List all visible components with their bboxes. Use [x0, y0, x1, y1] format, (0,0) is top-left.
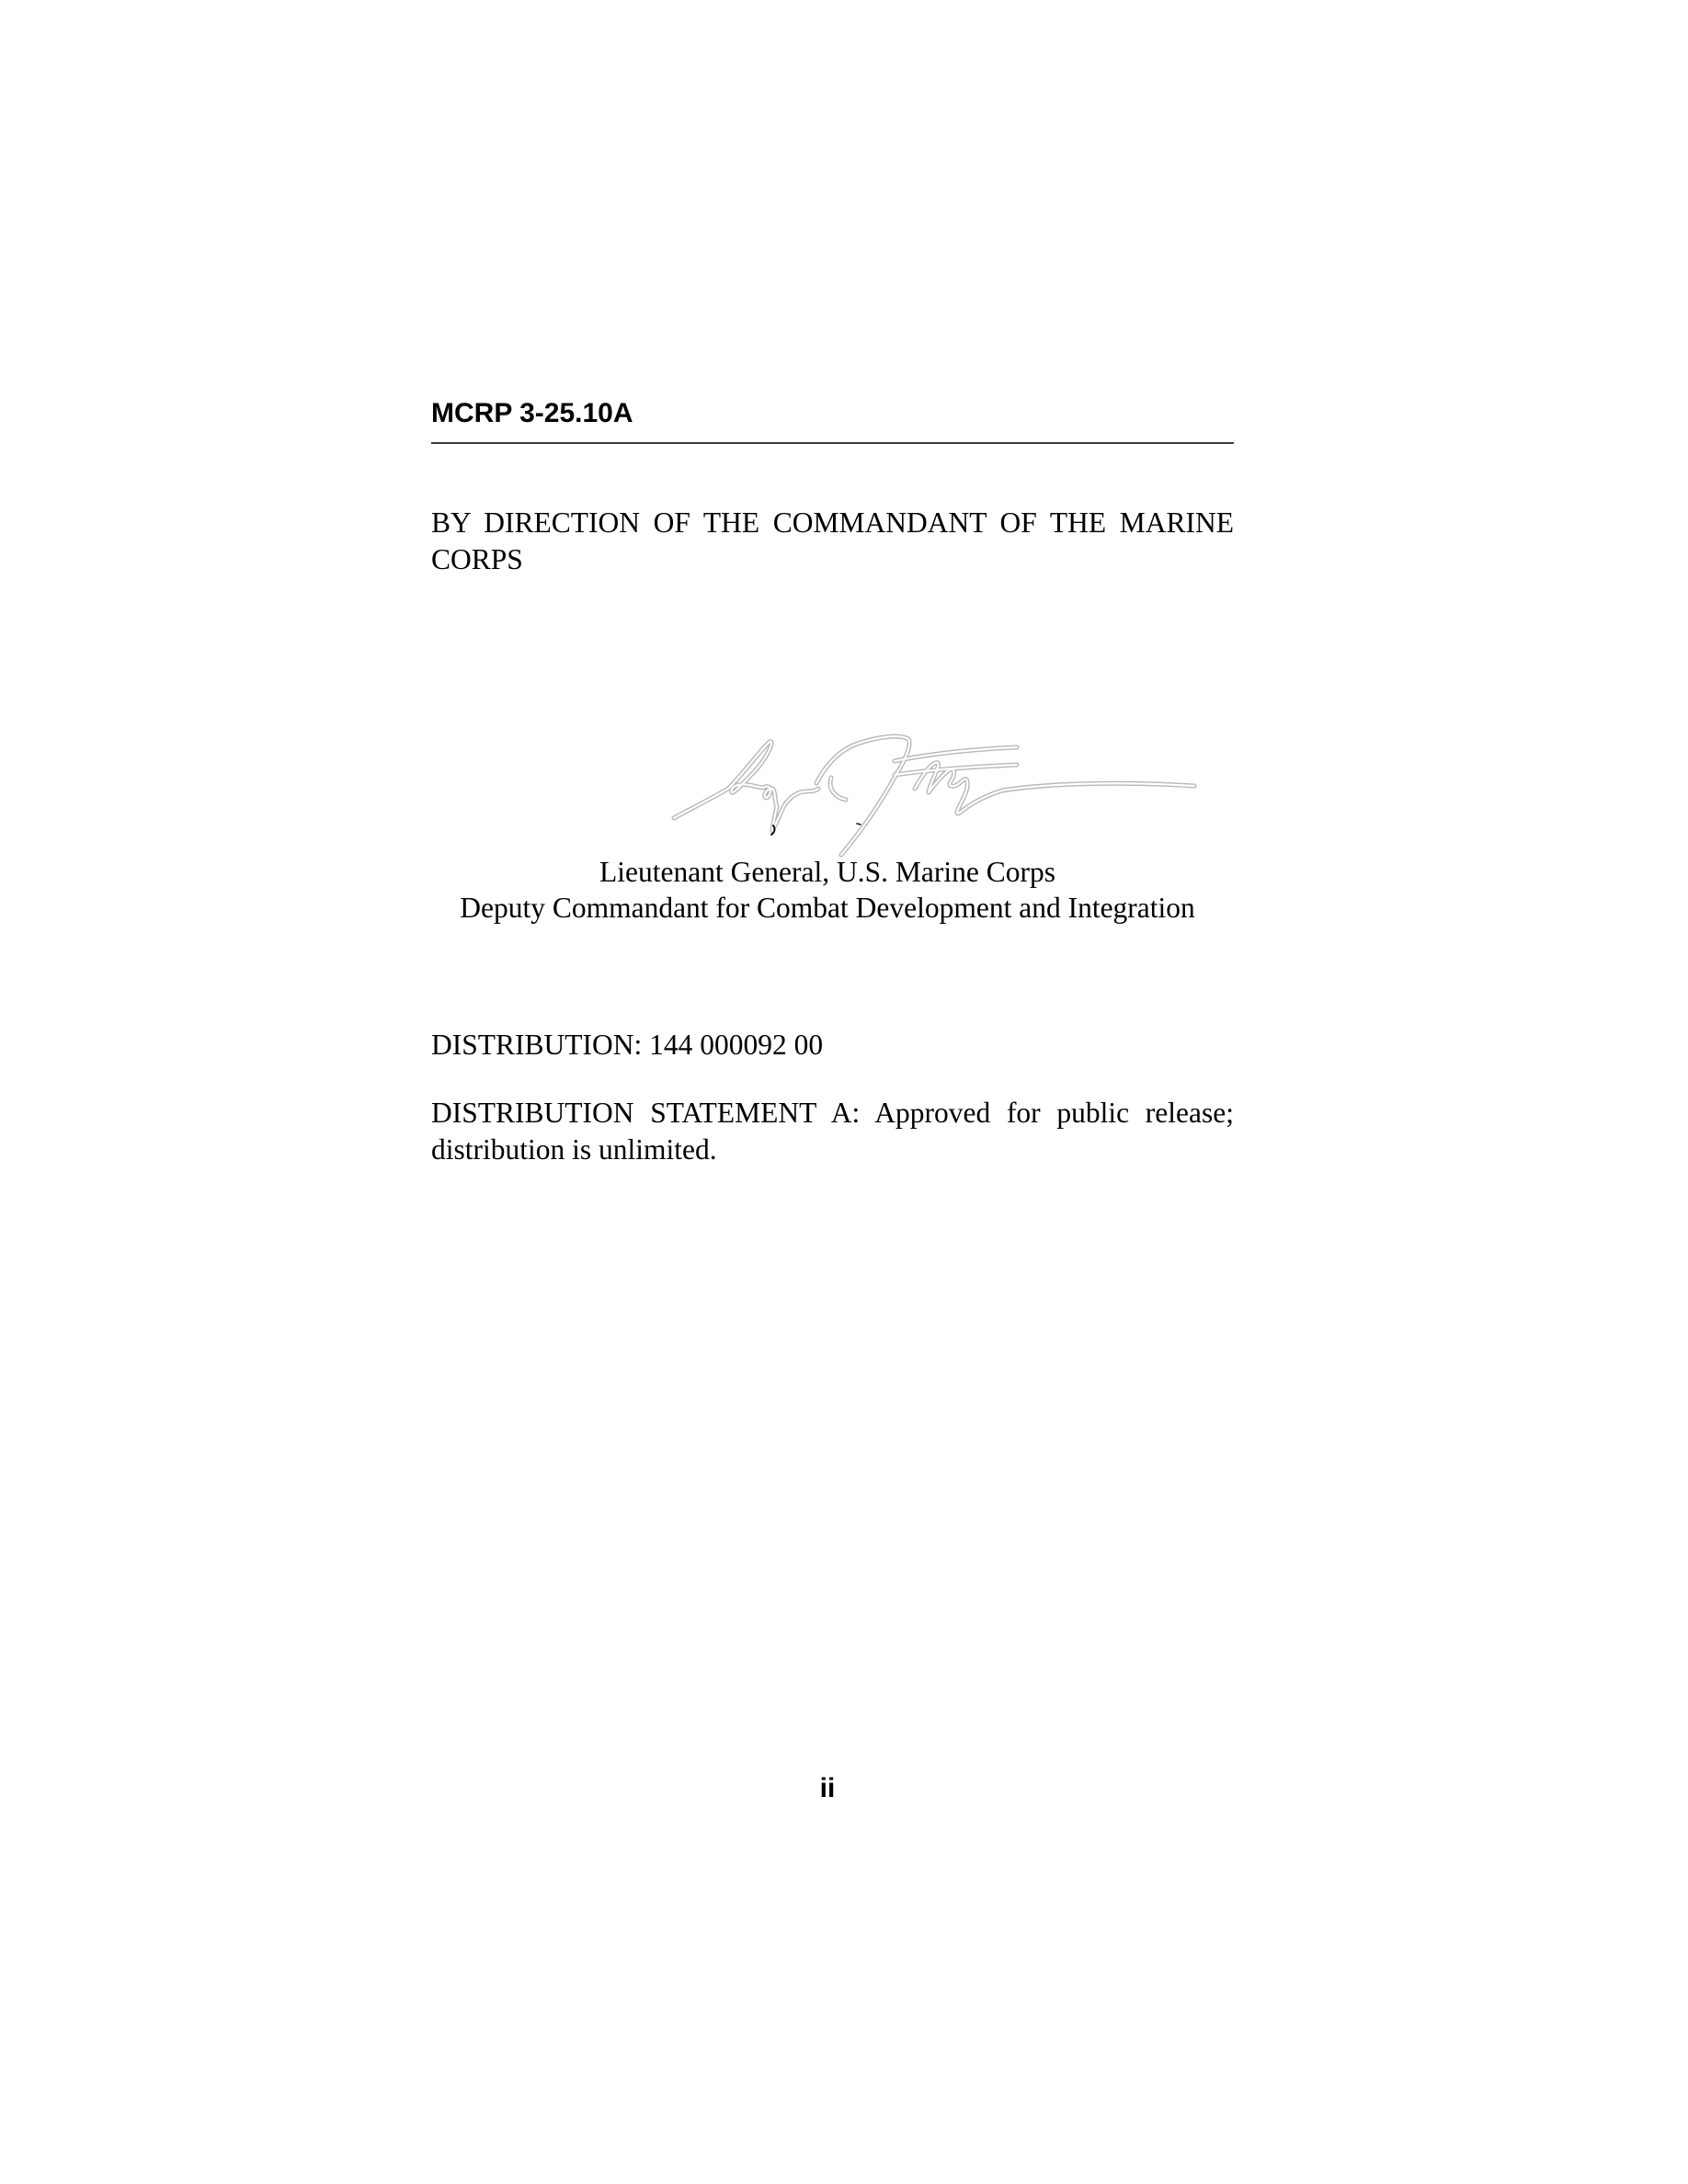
signatory-rank: Lieutenant General, U.S. Marine Corps [418, 854, 1237, 890]
page-number: ii [736, 1772, 919, 1805]
document-identifier: MCRP 3-25.10A [431, 397, 633, 430]
signature-image [662, 717, 1214, 873]
direction-statement: BY DIRECTION OF THE COMMANDANT OF THE MA… [431, 505, 1234, 578]
header-rule [431, 442, 1234, 444]
distribution-statement: DISTRIBUTION STATEMENT A: Approved for p… [431, 1095, 1234, 1168]
signatory-block: Lieutenant General, U.S. Marine Corps De… [418, 854, 1237, 926]
distribution-code: DISTRIBUTION: 144 000092 00 [431, 1027, 823, 1064]
signatory-title: Deputy Commandant for Combat Development… [418, 890, 1237, 926]
document-page: MCRP 3-25.10A BY DIRECTION OF THE COMMAN… [0, 0, 1688, 2184]
